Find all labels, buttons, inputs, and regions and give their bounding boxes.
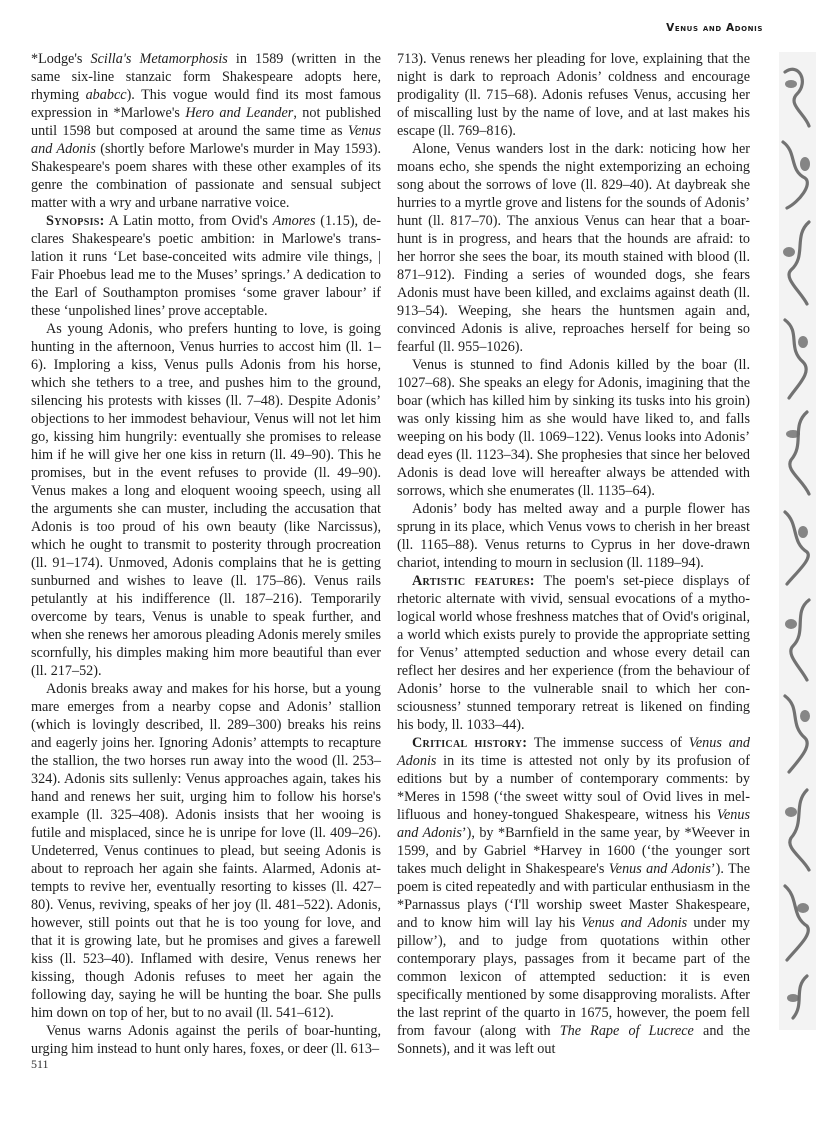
- paragraph-synopsis-6: Venus is stunned to find Adonis killed b…: [397, 356, 750, 500]
- text-run: Adonis breaks away and makes for his hor…: [31, 681, 381, 1021]
- text-run: Venus is stunned to find Adonis killed b…: [397, 357, 750, 499]
- section-heading: Artistic features:: [412, 573, 535, 589]
- paragraph-synopsis-4-cont: 713). Venus renews her pleading for love…: [397, 50, 750, 140]
- text-run: The immense success of: [527, 735, 689, 751]
- paragraph-synopsis-2: As young Adonis, who prefers hunting to …: [31, 320, 381, 680]
- paragraph-synopsis-4: Venus warns Adonis against the perils of…: [31, 1022, 381, 1058]
- text-run: As young Adonis, who prefers hunting to …: [31, 321, 381, 679]
- paragraph-synopsis-7: Adonis’ body has melted away and a purpl…: [397, 500, 750, 572]
- paragraph-synopsis-5: Alone, Venus wanders lost in the dark: n…: [397, 140, 750, 356]
- running-head-title: Venus and Adonis: [666, 22, 763, 34]
- text-run: Alone, Venus wanders lost in the dark: n…: [397, 141, 750, 355]
- text-run: under my pillow’), and to judge from quo…: [397, 915, 750, 1039]
- left-column: *Lodge's Scilla's Metamorphosis in 1589 …: [31, 50, 381, 1058]
- italic-title: Hero and Leander: [185, 105, 293, 121]
- italic-title: Amores: [273, 213, 316, 229]
- italic-title: Venus and Adonis: [581, 915, 687, 931]
- paragraph-intro: *Lodge's Scilla's Metamorphosis in 1589 …: [31, 50, 381, 212]
- section-heading: Critical history:: [412, 735, 527, 751]
- right-column: 713). Venus renews her pleading for love…: [397, 50, 750, 1058]
- text-run: *Lodge's: [31, 51, 91, 67]
- ornamental-border-icon: [779, 52, 816, 1030]
- foliage-ornament-icon: [779, 52, 816, 1030]
- paragraph-critical-history: Critical history: The immense success of…: [397, 734, 750, 1058]
- italic-title: The Rape of Lucrece: [560, 1023, 694, 1039]
- page-number: 511: [31, 1057, 49, 1072]
- italic-title: Scilla's Metamorphosis: [91, 51, 228, 67]
- text-run: in its time is attested not only by its …: [397, 753, 750, 823]
- text-run: Adonis’ body has melted away and a purpl…: [397, 501, 750, 571]
- book-page: Venus and Adonis *Lodge's Scilla's Metam…: [0, 0, 816, 1123]
- paragraph-synopsis-3: Adonis breaks away and makes for his hor…: [31, 680, 381, 1022]
- paragraph-artistic-features: Artistic features: The poem's set-piece …: [397, 572, 750, 734]
- text-run: 713). Venus renews her pleading for love…: [397, 51, 750, 139]
- section-heading: Synopsis:: [46, 213, 105, 229]
- text-run: Venus warns Adonis against the perils of…: [31, 1023, 381, 1057]
- text-run: A Latin motto, from Ovid's: [105, 213, 273, 229]
- italic-title: Venus and Adonis: [609, 861, 711, 877]
- paragraph-synopsis: Synopsis: A Latin motto, from Ovid's Amo…: [31, 212, 381, 320]
- text-run: The poem's set-piece displays of rhetori…: [397, 573, 750, 733]
- italic-title: ababcc: [86, 87, 127, 103]
